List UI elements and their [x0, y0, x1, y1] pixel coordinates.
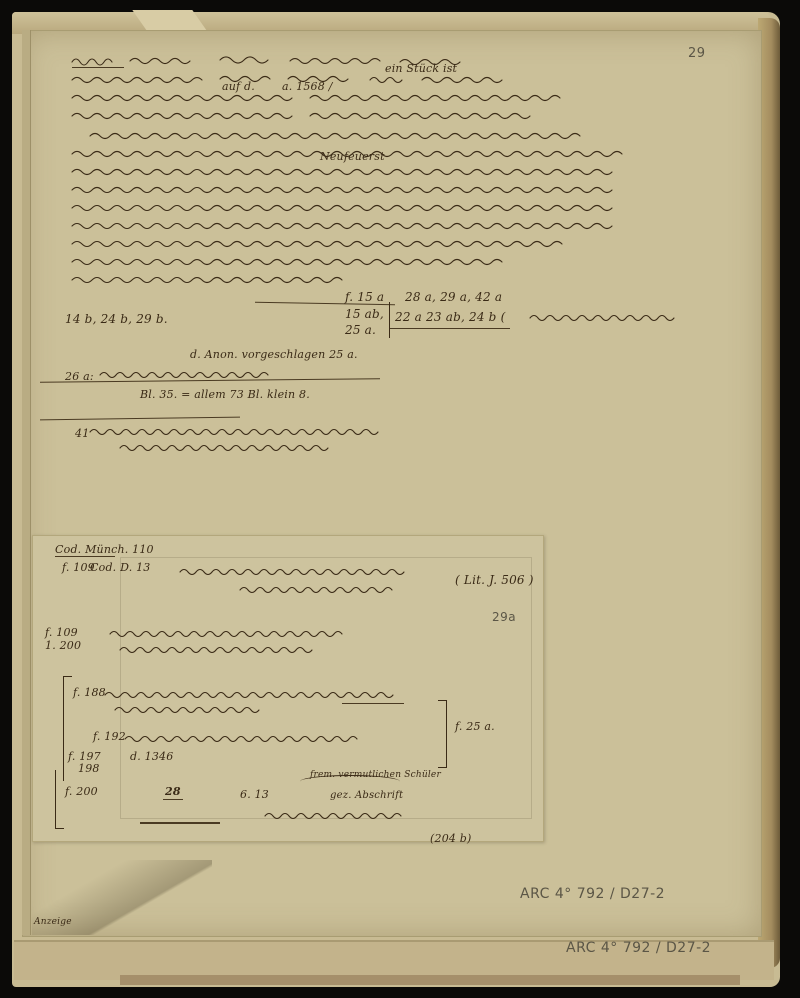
shelfmark-upper: ARC 4° 792 / D27-2: [520, 886, 665, 902]
book-bottom-strip: [120, 975, 740, 985]
left-bracket-lower: [55, 770, 64, 829]
text-fragment: Neufeuerst: [320, 150, 385, 163]
ref-folios: 28 a, 29 a, 42 a: [405, 290, 502, 304]
corner-note: Anzeige: [34, 917, 72, 927]
handwritten-parenthetical: [530, 312, 690, 324]
left-bracket: [63, 676, 72, 781]
underline: [390, 328, 510, 329]
underline: [342, 703, 404, 704]
annotation-arc: [300, 775, 400, 788]
card-ref-f192: f. 192: [93, 730, 126, 743]
text-fragment: ein Stück ist: [385, 62, 457, 75]
underline: [55, 556, 115, 557]
underline: [72, 67, 124, 68]
card-heading: Cod. Münch. 110: [55, 543, 154, 556]
insert-page-label: 29a: [492, 610, 516, 624]
page-gutter: [22, 30, 31, 935]
text-fragment: a. 1568 /: [282, 80, 333, 93]
note-line: d. Anon. vorgeschlagen 25 a.: [190, 348, 358, 361]
shelfmark-lower: ARC 4° 792 / D27-2: [566, 940, 711, 956]
card-ref-6-13: 6. 13: [240, 788, 269, 801]
card-hebrew-line-2: [110, 628, 360, 658]
card-ref-f109-b: f. 109: [45, 626, 78, 639]
ref-15a: f. 15 a: [345, 290, 384, 304]
handwritten-text-lower: [90, 426, 390, 456]
ref-folios-c: 22 a 23 ab, 24 b (: [395, 310, 505, 324]
ref-bracket-a: 15 ab,: [345, 307, 384, 321]
card-ref-28: 28: [165, 785, 181, 798]
text-fragment: auf d.: [222, 80, 255, 93]
bracket-note: f. 25 a.: [455, 720, 495, 733]
card-ref-198: 198: [78, 762, 100, 775]
citation: ( Lit. J. 506 ): [455, 573, 534, 587]
card-ref-f200: f. 200: [65, 785, 98, 798]
card-ref-f188: f. 188: [73, 686, 106, 699]
card-ref-204b: (204 b): [430, 832, 472, 845]
bracket-line: [389, 302, 390, 338]
card-hebrew-line-4: [265, 810, 415, 822]
handwritten-text-block: [70, 58, 630, 298]
card-ref-1200: 1. 200: [45, 639, 81, 652]
ref-folios-b: 14 b, 24 b, 29 b.: [65, 312, 168, 326]
page-number: 29: [688, 46, 706, 61]
count-line: Bl. 35. = allem 73 Bl. klein 8.: [140, 388, 310, 401]
underline: [140, 822, 220, 824]
card-ref-note: Cod. D. 13: [90, 561, 151, 574]
card-hebrew-line: [180, 566, 410, 596]
underline: [163, 799, 183, 800]
line-number: 41: [75, 427, 89, 440]
card-annotation-b: gez. Abschrift: [330, 790, 403, 801]
card-hebrew-line-3: [105, 690, 405, 714]
right-bracket: [438, 700, 447, 768]
card-line-f192: [125, 733, 365, 745]
ref-bracket-b: 25 a.: [345, 323, 376, 337]
card-ref-date: d. 1346: [130, 750, 173, 763]
